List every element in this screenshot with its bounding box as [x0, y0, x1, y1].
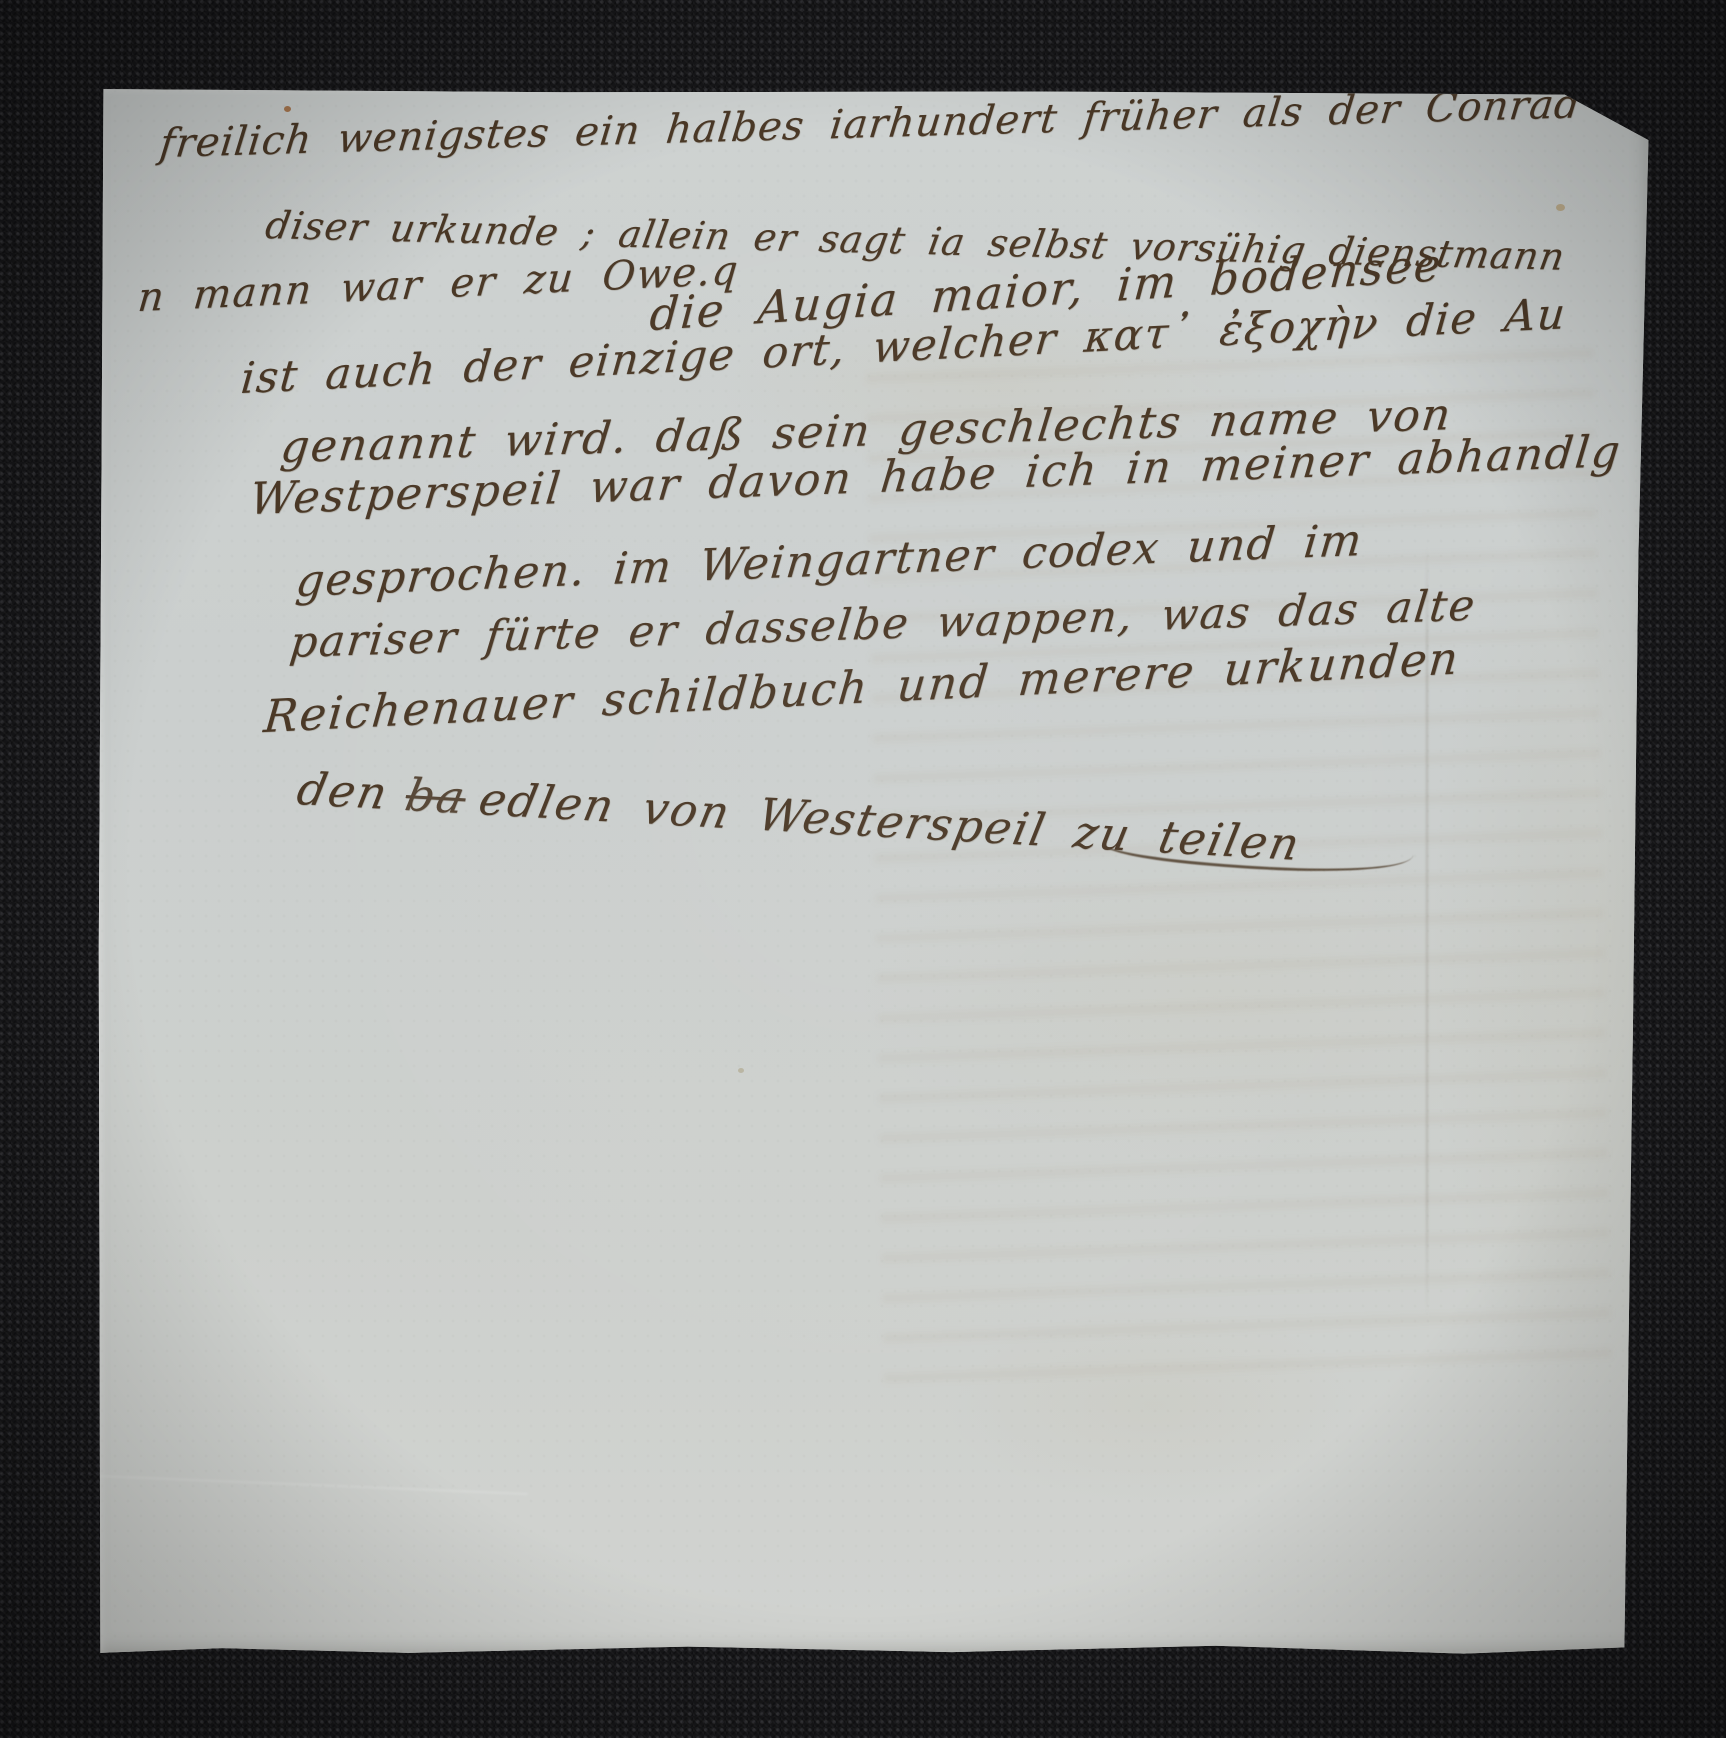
handwritten-word: den: [293, 762, 394, 820]
manuscript-page: freilich wenigstes ein halbes iarhundert…: [98, 86, 1650, 1656]
stain-speck: [1556, 204, 1565, 211]
stain-speck: [738, 1068, 744, 1073]
photograph: { "scene": { "description": "Handwritten…: [0, 0, 1726, 1738]
handwritten-word-struck-out: ba: [401, 768, 471, 824]
handwritten-line-1: freilich wenigstes ein halbes iarhundert…: [158, 84, 1583, 164]
ink-speck: [284, 106, 291, 112]
diagonal-crease-line: [98, 1475, 528, 1495]
